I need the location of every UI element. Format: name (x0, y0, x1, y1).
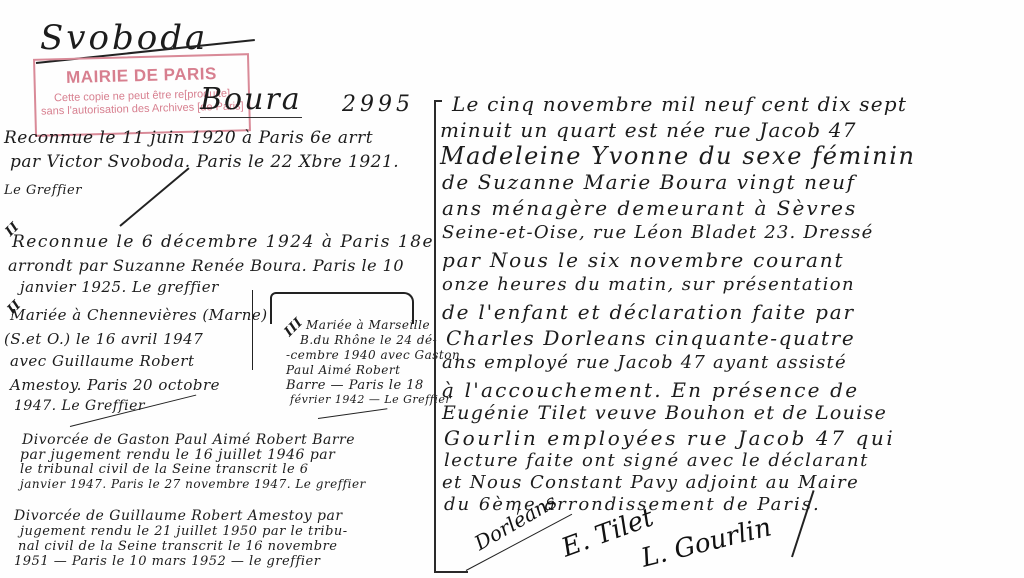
column-rule-bottom (434, 571, 468, 573)
note-line: Le Greffier (4, 183, 82, 198)
note-line: Reconnue le 11 juin 1920 à Paris 6e arrt (4, 128, 373, 148)
note-line: nal civil de la Seine transcrit le 16 no… (18, 539, 337, 554)
note-line: B.du Rhône le 24 dé- (300, 333, 437, 347)
note-line: Mariée à Marseille (306, 318, 430, 332)
note-line: jugement rendu le 21 juillet 1950 par le… (20, 524, 348, 539)
note-line: avec Guillaume Robert (10, 352, 194, 370)
main-line: à l'accouchement. En présence de (442, 378, 859, 402)
margin-stroke (252, 290, 253, 370)
signature-witness-2: L. Gourlin (638, 512, 774, 573)
note-line: février 1942 — Le Greffier (290, 393, 451, 406)
entry-surname: Boura (200, 82, 302, 118)
note-line: Amestoy. Paris 20 octobre (10, 376, 220, 394)
main-line: de l'enfant et déclaration faite par (442, 300, 855, 324)
note-line: arrondt par Suzanne Renée Boura. Paris l… (8, 256, 404, 275)
main-line: Eugénie Tilet veuve Bouhon et de Louise (442, 402, 887, 424)
note-line: Reconnue le 6 décembre 1924 à Paris 18e (12, 232, 434, 252)
main-line: minuit un quart est née rue Jacob 47 (440, 118, 857, 142)
note-line: 1951 — Paris le 10 mars 1952 — le greffi… (14, 554, 320, 569)
main-line: ans employé rue Jacob 47 ayant assisté (442, 352, 847, 373)
note-line: le tribunal civil de la Seine transcrit … (20, 462, 309, 477)
note-line: Paul Aimé Robert (286, 363, 400, 377)
main-line: et Nous Constant Pavy adjoint au Maire (442, 472, 859, 493)
note-line: Mariée à Chennevières (Marne) (10, 306, 268, 324)
main-line: Madeleine Yvonne du sexe féminin (440, 142, 916, 170)
note-line: janvier 1925. Le greffier (20, 278, 219, 296)
note-line: par jugement rendu le 16 juillet 1946 pa… (20, 447, 335, 463)
margin-stroke (119, 167, 189, 226)
note-line: janvier 1947. Paris le 27 novembre 1947.… (20, 477, 366, 491)
note-line: (S.et O.) le 16 avril 1947 (4, 330, 203, 348)
document-page: Svoboda MAIRIE DE PARIS Cette copie ne p… (0, 0, 1024, 578)
note-line: Divorcée de Gaston Paul Aimé Robert Barr… (22, 432, 355, 448)
note-line: par Victor Svoboda. Paris le 22 Xbre 192… (10, 152, 399, 172)
main-line: par Nous le six novembre courant (442, 248, 844, 272)
main-line: onze heures du matin, sur présentation (442, 274, 855, 295)
note-line: Divorcée de Guillaume Robert Amestoy par (14, 508, 343, 524)
main-line: Seine-et-Oise, rue Léon Bladet 23. Dress… (442, 222, 873, 243)
main-line: de Suzanne Marie Boura vingt neuf (442, 170, 856, 194)
main-line: ans ménagère demeurant à Sèvres (442, 196, 857, 220)
main-line: lecture faite ont signé avec le déclaran… (444, 450, 869, 471)
entry-number: 2995 (342, 92, 414, 117)
main-line: Le cinq novembre mil neuf cent dix sept (452, 92, 907, 116)
note-line: Barre — Paris le 18 (286, 378, 424, 393)
signature-flourish (318, 408, 387, 419)
main-line: Gourlin employées rue Jacob 47 qui (444, 426, 895, 450)
column-rule (434, 100, 436, 572)
main-line: Charles Dorleans cinquante-quatre (446, 326, 855, 350)
